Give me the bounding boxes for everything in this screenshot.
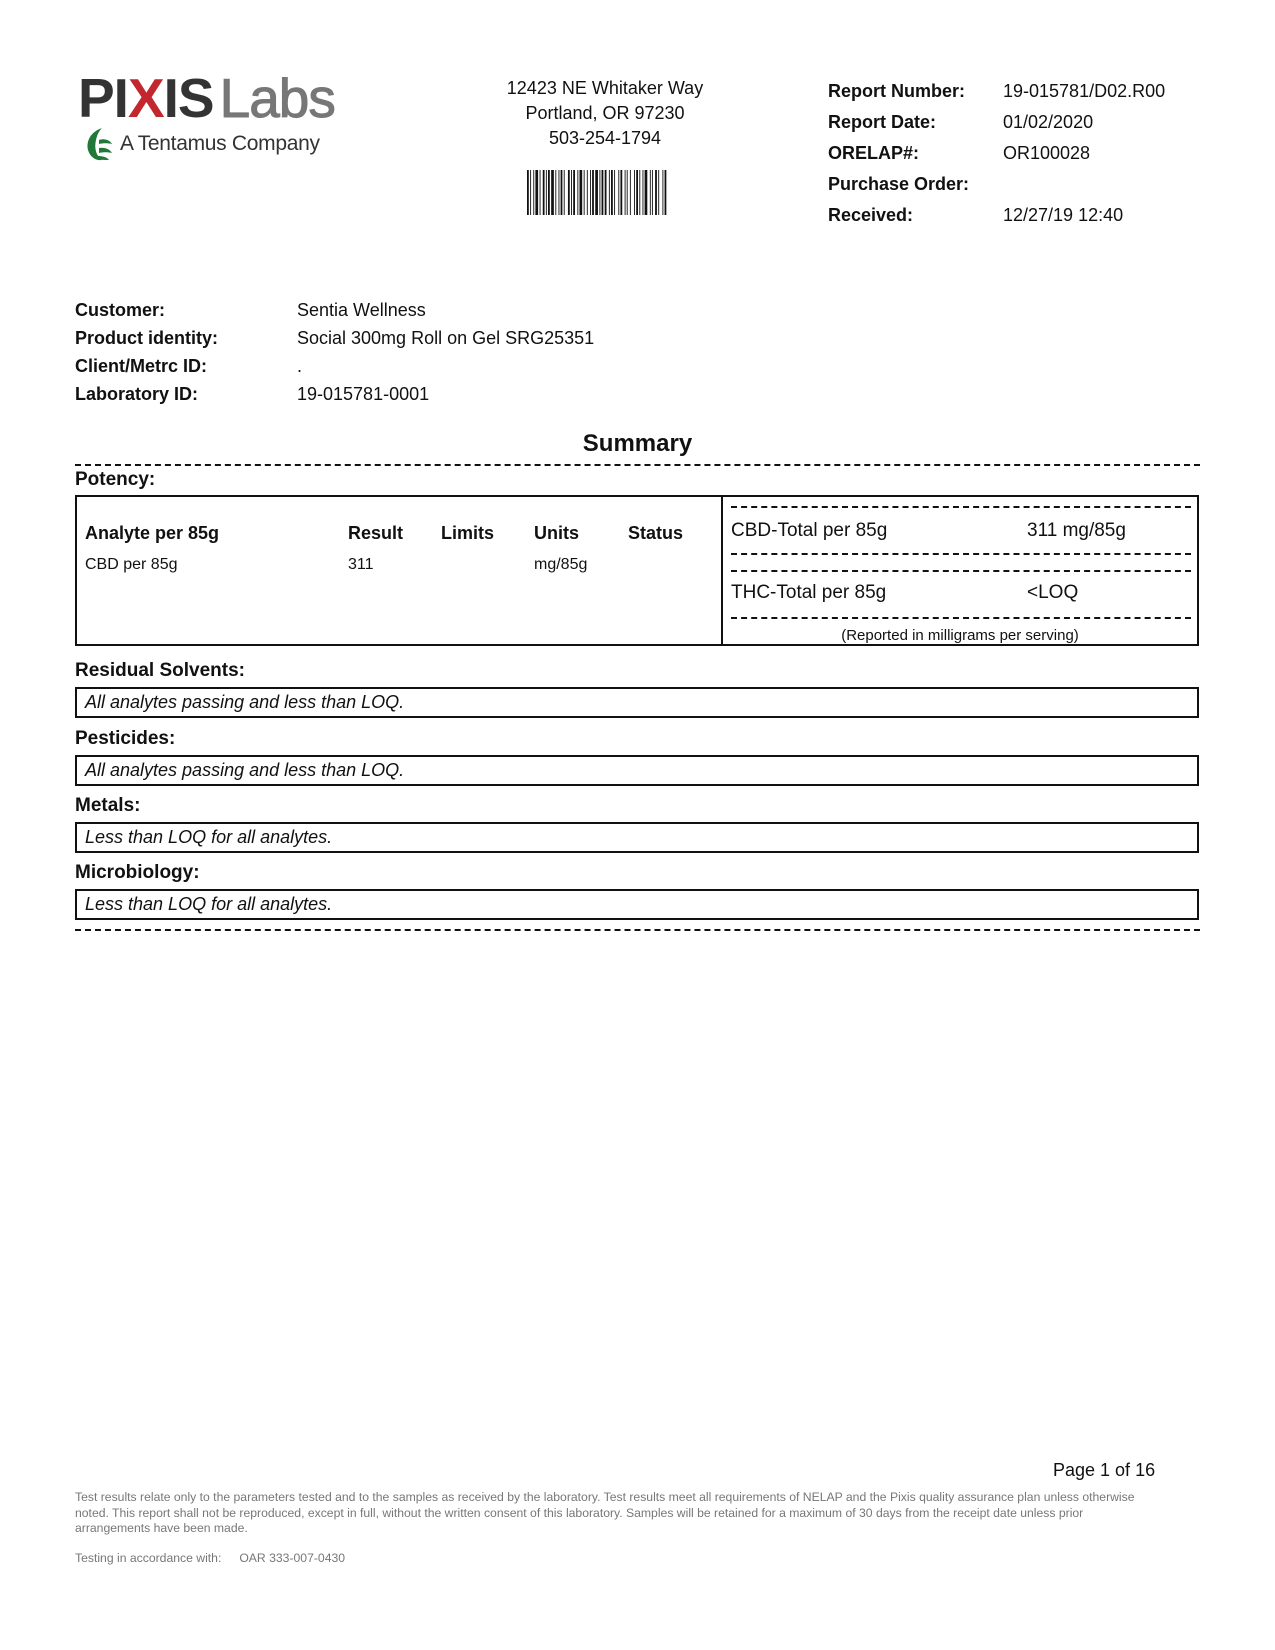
logo-pixis: PIXIS bbox=[78, 67, 214, 129]
lab-address: 12423 NE Whitaker Way Portland, OR 97230… bbox=[470, 76, 740, 151]
col-status: Status bbox=[628, 523, 683, 544]
metals-result: Less than LOQ for all analytes. bbox=[75, 822, 1199, 853]
residual-solvents-label: Residual Solvents: bbox=[75, 660, 245, 682]
col-limits: Limits bbox=[441, 523, 494, 544]
report-meta: Report Number: 19-015781/D02.R00 Report … bbox=[828, 76, 1165, 231]
potency-label: Potency: bbox=[75, 469, 155, 491]
logo-tagline: A Tentamus Company bbox=[120, 132, 320, 156]
thc-total-label: THC-Total per 85g bbox=[731, 582, 886, 604]
testing-value: OAR 333-007-0430 bbox=[239, 1551, 345, 1565]
meta-received: Received: 12/27/19 12:40 bbox=[828, 200, 1165, 231]
cell-units: mg/85g bbox=[534, 556, 587, 574]
tentamus-leaf-icon bbox=[84, 126, 116, 162]
potency-box: Analyte per 85g Result Limits Units Stat… bbox=[75, 495, 1199, 646]
potency-table: Analyte per 85g Result Limits Units Stat… bbox=[77, 497, 723, 644]
meta-orelap: ORELAP#: OR100028 bbox=[828, 138, 1165, 169]
col-units: Units bbox=[534, 523, 579, 544]
metals-label: Metals: bbox=[75, 795, 140, 817]
cell-analyte: CBD per 85g bbox=[85, 556, 178, 574]
summary-title: Summary bbox=[0, 430, 1275, 458]
logo-wordmark: PIXISLabs bbox=[78, 70, 335, 126]
divider bbox=[75, 464, 1200, 466]
logo-labs: Labs bbox=[220, 67, 335, 129]
residual-solvents-result: All analytes passing and less than LOQ. bbox=[75, 687, 1199, 718]
product-identity-row: Product identity: Social 300mg Roll on G… bbox=[75, 324, 594, 352]
disclaimer: Test results relate only to the paramete… bbox=[75, 1490, 1155, 1537]
reported-note: (Reported in milligrams per serving) bbox=[723, 627, 1197, 644]
address-street: 12423 NE Whitaker Way bbox=[470, 76, 740, 101]
pesticides-label: Pesticides: bbox=[75, 728, 175, 750]
client-metrc-id-row: Client/Metrc ID: . bbox=[75, 352, 594, 380]
cbd-total-value: 311 mg/85g bbox=[1027, 520, 1126, 542]
testing-standard: Testing in accordance with:OAR 333-007-0… bbox=[75, 1551, 345, 1565]
address-phone: 503-254-1794 bbox=[470, 126, 740, 151]
col-analyte: Analyte per 85g bbox=[85, 523, 219, 544]
potency-totals: CBD-Total per 85g 311 mg/85g THC-Total p… bbox=[723, 497, 1197, 644]
microbiology-result: Less than LOQ for all analytes. bbox=[75, 889, 1199, 920]
barcode-icon bbox=[527, 170, 667, 215]
cell-result: 311 bbox=[348, 556, 374, 574]
testing-label: Testing in accordance with: bbox=[75, 1551, 221, 1565]
microbiology-label: Microbiology: bbox=[75, 862, 200, 884]
customer-row: Customer: Sentia Wellness bbox=[75, 296, 594, 324]
col-result: Result bbox=[348, 523, 403, 544]
page-number: Page 1 of 16 bbox=[1053, 1460, 1155, 1481]
laboratory-id-row: Laboratory ID: 19-015781-0001 bbox=[75, 380, 594, 408]
thc-total-value: <LOQ bbox=[1027, 582, 1078, 604]
address-city: Portland, OR 97230 bbox=[470, 101, 740, 126]
pixis-labs-logo: PIXISLabs A Tentamus Company bbox=[78, 70, 368, 160]
customer-info: Customer: Sentia Wellness Product identi… bbox=[75, 296, 594, 408]
meta-report-number: Report Number: 19-015781/D02.R00 bbox=[828, 76, 1165, 107]
divider bbox=[731, 553, 1191, 555]
divider bbox=[731, 506, 1191, 508]
divider bbox=[731, 570, 1191, 572]
divider bbox=[731, 617, 1191, 619]
logo-tagline-row: A Tentamus Company bbox=[84, 126, 320, 162]
cbd-total-label: CBD-Total per 85g bbox=[731, 520, 887, 542]
divider bbox=[75, 929, 1200, 931]
pesticides-result: All analytes passing and less than LOQ. bbox=[75, 755, 1199, 786]
meta-report-date: Report Date: 01/02/2020 bbox=[828, 107, 1165, 138]
meta-purchase-order: Purchase Order: bbox=[828, 169, 1165, 200]
